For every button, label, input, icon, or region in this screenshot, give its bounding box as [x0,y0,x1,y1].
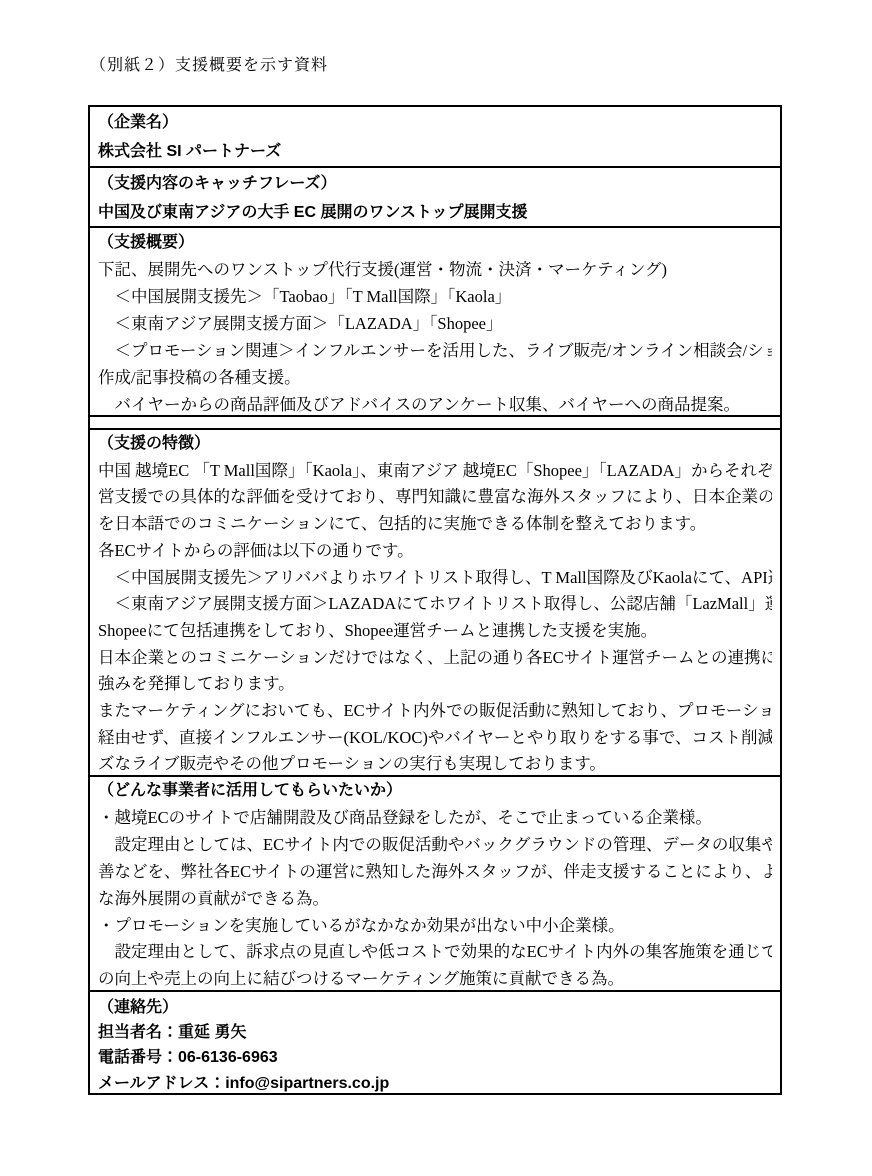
text-line: ＜プロモーション関連＞インフルエンサーを活用した、ライブ販売/オンライン相談会/… [98,337,772,364]
text-line: を日本語でのコミニケーションにて、包括的に実施できる体制を整えております。 [98,511,772,538]
text-line: Shopeeにて包括連携をしており、Shopee運営チームと連携した支援を実施。 [98,618,772,645]
section-label: （企業名） [98,108,772,137]
text-line: 設定理由としては、ECサイト内での販促活動やバックグラウンドの管理、データの収集… [98,832,772,859]
table-spacer-row [90,417,780,430]
catchphrase-text: 中国及び東南アジアの大手 EC 展開のワンストップ展開支援 [98,198,772,227]
text-line: 経由せず、直接インフルエンサー(KOL/KOC)やバイヤーとやり取りをする事で、… [98,725,772,752]
text-line: ・越境ECのサイトで店舗開設及び商品登録をしたが、そこで止まっている企業様。 [98,805,772,832]
section-label: （支援概要） [98,229,772,256]
text-line: バイヤーからの商品評価及びアドバイスのアンケート収集、バイヤーへの商品提案。 [98,391,772,417]
text-line: 善などを、弊社各ECサイトの運営に熟知した海外スタッフが、伴走支援することにより… [98,859,772,886]
support-summary-table: （企業名） 株式会社 SI パートナーズ （支援内容のキャッチフレーズ） 中国及… [88,105,782,1095]
text-line: ・プロモーションを実施しているがなかなか効果が出ない中小企業様。 [98,913,772,940]
section-support-features: （支援の特徴） 中国 越境EC 「T Mall国際」「Kaola」、東南アジア … [90,430,780,777]
text-line: 下記、展開先へのワンストップ代行支援(運営・物流・決済・マーケティング) [98,256,772,283]
contact-phone-text: 電話番号：06-6136-6963 [98,1045,772,1070]
text-line: 営支援での具体的な評価を受けており、専門知識に豊富な海外スタッフにより、日本企業… [98,484,772,511]
company-name-text: 株式会社 SI パートナーズ [98,137,772,166]
section-label: （支援内容のキャッチフレーズ） [98,169,772,198]
section-label: （連絡先） [98,995,772,1020]
section-label: （支援の特徴） [98,431,772,458]
section-support-overview: （支援概要） 下記、展開先へのワンストップ代行支援(運営・物流・決済・マーケティ… [90,228,780,417]
text-line: の向上や売上の向上に結びつけるマーケティング施策に貢献できる為。 [98,966,772,992]
text-line: またマーケティングにおいても、ECサイト内外での販促活動に熟知しており、プロモー… [98,698,772,725]
text-line: 作成/記事投稿の各種支援。 [98,364,772,391]
document-page: （別紙２）支援概要を示す資料 （企業名） 株式会社 SI パートナーズ （支援内… [0,0,872,1176]
text-line: ＜中国展開支援先＞アリババよりホワイトリスト取得し、T Mall国際及びKaol… [98,565,772,592]
text-line: 強みを発揮しております。 [98,671,772,698]
section-target-businesses: （どんな事業者に活用してもらいたいか） ・越境ECのサイトで店舗開設及び商品登録… [90,777,780,992]
text-line: 中国 越境EC 「T Mall国際」「Kaola」、東南アジア 越境EC「Sho… [98,458,772,485]
section-contact: （連絡先） 担当者名：重延 勇矢 電話番号：06-6136-6963 メールアド… [90,992,780,1093]
text-line: ズなライブ販売やその他プロモーションの実行も実現しております。 [98,751,772,777]
section-company-name: （企業名） 株式会社 SI パートナーズ [90,107,780,168]
text-line: な海外展開の貢献ができる為。 [98,886,772,913]
text-line: 設定理由として、訴求点の見直しや低コストで効果的なECサイト内外の集客施策を通じ… [98,939,772,966]
text-line: ＜中国展開支援先＞「Taobao」「T Mall国際」「Kaola」 [98,283,772,310]
text-line: 各ECサイトからの評価は以下の通りです。 [98,538,772,565]
doc-heading: （別紙２）支援概要を示す資料 [90,52,328,75]
section-label: （どんな事業者に活用してもらいたいか） [98,778,772,805]
text-line: 日本企業とのコミニケーションだけではなく、上記の通り各ECサイト運営チームとの連… [98,645,772,672]
text-line: ＜東南アジア展開支援方面＞LAZADAにてホワイトリスト取得し、公認店舗「Laz… [98,591,772,618]
text-line: ＜東南アジア展開支援方面＞「LAZADA」「Shopee」 [98,310,772,337]
contact-person-text: 担当者名：重延 勇矢 [98,1020,772,1045]
contact-email-text: メールアドレス：info@sipartners.co.jp [98,1071,772,1093]
section-catchphrase: （支援内容のキャッチフレーズ） 中国及び東南アジアの大手 EC 展開のワンストッ… [90,168,780,228]
